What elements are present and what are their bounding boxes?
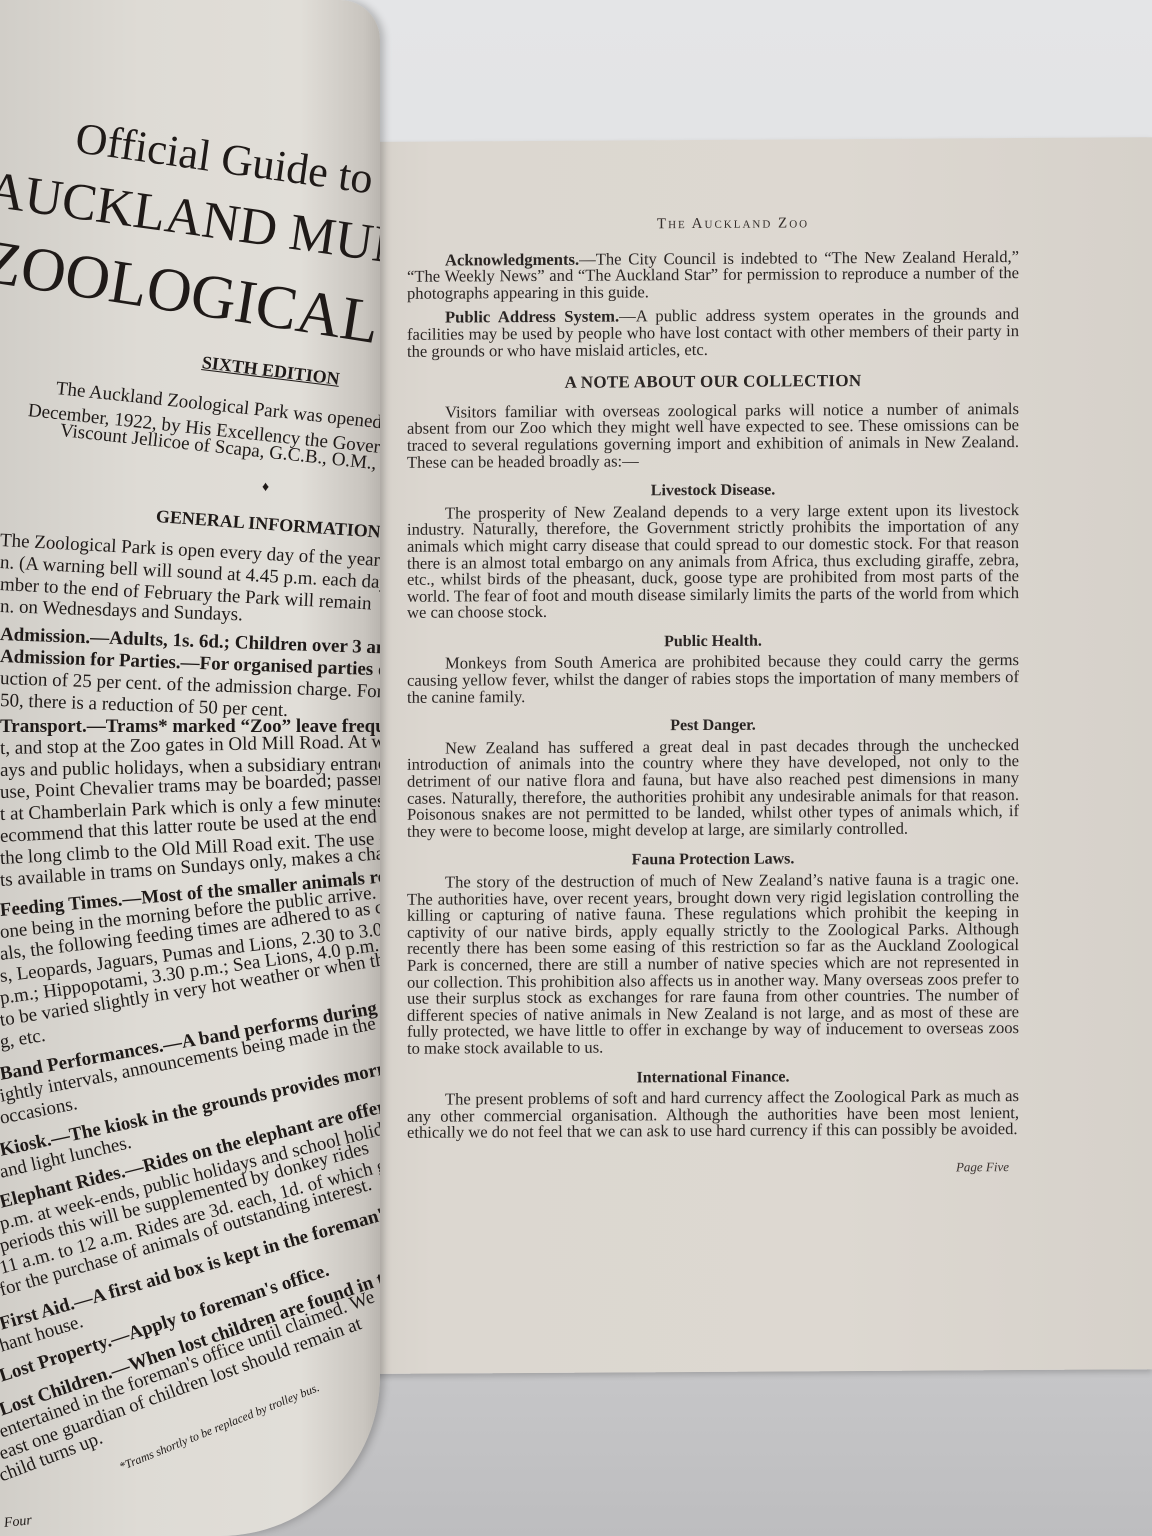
page-number-five: Page Five <box>956 1159 1009 1176</box>
general-information-heading: GENERAL INFORMATION: <box>155 506 380 543</box>
page-number-four: Four <box>3 1513 33 1532</box>
left-page: Official Guide to the AUCKLAND MUNICIPAL… <box>0 0 380 1536</box>
edition-label: SIXTH EDITION <box>201 352 341 390</box>
section-title-pest-danger: Pest Danger. <box>407 716 1019 736</box>
right-page-content: The Auckland Zoo Acknowledgments.—The Ci… <box>407 214 1019 1150</box>
section-text-pest-danger: New Zealand has suffered a great deal in… <box>407 737 1019 840</box>
right-page: The Auckland Zoo Acknowledgments.—The Ci… <box>370 137 1152 1374</box>
section-title-international-finance: International Finance. <box>407 1068 1019 1088</box>
section-text-fauna-protection: The story of the destruction of much of … <box>407 871 1019 1057</box>
public-address-paragraph: Public Address System.—A public address … <box>407 306 1019 360</box>
running-head: The Auckland Zoo <box>447 214 1019 234</box>
section-text-public-health: Monkeys from South America are prohibite… <box>407 653 1019 707</box>
collection-intro: Visitors familiar with overseas zoologic… <box>407 401 1019 471</box>
section-title-public-health: Public Health. <box>407 632 1019 652</box>
collection-heading: A NOTE ABOUT OUR COLLECTION <box>407 372 1019 392</box>
section-text-livestock: The prosperity of New Zealand depends to… <box>407 502 1019 622</box>
section-title-livestock: Livestock Disease. <box>407 481 1019 501</box>
acknowledgments-paragraph: Acknowledgments.—The City Council is ind… <box>407 249 1019 303</box>
section-title-fauna-protection: Fauna Protection Laws. <box>407 850 1019 870</box>
diamond-ornament-icon: ♦ <box>262 480 269 496</box>
section-text-international-finance: The present problems of soft and hard cu… <box>407 1088 1019 1142</box>
